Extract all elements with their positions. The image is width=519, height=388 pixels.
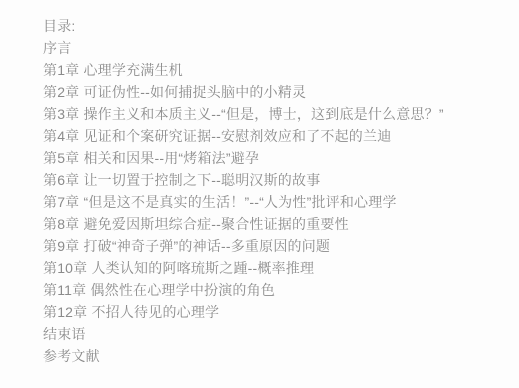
toc-page: 目录: 序言第1章 心理学充满生机第2章 可证伪性--如何捕捉头脑中的小精灵第3…: [0, 0, 519, 388]
toc-entry: 第7章 “但是这不是真实的生活！”--“人为性”批评和心理学: [43, 191, 509, 213]
toc-entry: 第2章 可证伪性--如何捕捉头脑中的小精灵: [43, 81, 509, 103]
toc-list: 序言第1章 心理学充满生机第2章 可证伪性--如何捕捉头脑中的小精灵第3章 操作…: [43, 37, 509, 367]
toc-entry: 第5章 相关和因果--用“烤箱法”避孕: [43, 147, 509, 169]
toc-entry: 第9章 打破“神奇子弹”的神话--多重原因的问题: [43, 235, 509, 257]
toc-entry: 第8章 避免爱因斯坦综合症--聚合性证据的重要性: [43, 213, 509, 235]
toc-entry: 第1章 心理学充满生机: [43, 59, 509, 81]
toc-entry: 参考文献: [43, 345, 509, 367]
toc-entry: 第6章 让一切置于控制之下--聪明汉斯的故事: [43, 169, 509, 191]
toc-entry: 第11章 偶然性在心理学中扮演的角色: [43, 279, 509, 301]
toc-entry: 第3章 操作主义和本质主义--“但是，博士，这到底是什么意思？”: [43, 103, 509, 125]
toc-entry: 序言: [43, 37, 509, 59]
toc-heading: 目录:: [43, 15, 509, 37]
toc-entry: 第10章 人类认知的阿喀琉斯之踵--概率推理: [43, 257, 509, 279]
toc-entry: 第12章 不招人待见的心理学: [43, 301, 509, 323]
toc-entry: 第4章 见证和个案研究证据--安慰剂效应和了不起的兰迪: [43, 125, 509, 147]
toc-entry: 结束语: [43, 323, 509, 345]
